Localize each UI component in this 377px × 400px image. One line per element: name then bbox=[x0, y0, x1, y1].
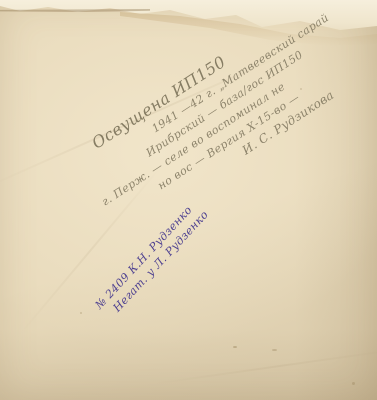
scanned-document: Освущена ИП150 1941 —42 г. „Матвеевский … bbox=[0, 0, 377, 400]
paper-speck bbox=[300, 88, 302, 90]
paper-speck bbox=[352, 382, 355, 385]
paper-speck bbox=[272, 349, 277, 351]
paper-speck bbox=[233, 346, 237, 348]
paper-speck bbox=[80, 312, 82, 314]
